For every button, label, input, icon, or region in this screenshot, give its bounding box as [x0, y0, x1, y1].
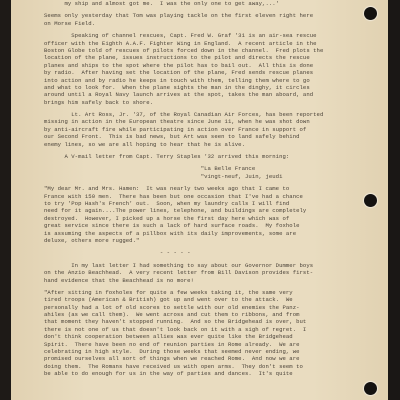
text-line: brings him safely back to shore.	[44, 99, 362, 106]
text-line: around until a Royal Navy launch arrives…	[44, 91, 362, 98]
text-line: "My dear Mr. and Mrs. Hamen: It was near…	[44, 185, 362, 192]
text-line: that moment they haven't stopped running…	[44, 318, 362, 325]
punch-hole-icon	[364, 194, 377, 207]
text-line: on Morse Field.	[44, 20, 362, 27]
text-line: location of the plane, issues instructio…	[44, 54, 362, 61]
text-line: Speaking of channel rescues, Capt. Fred …	[44, 32, 362, 39]
text-line: planes and ships to the spot where the p…	[44, 62, 362, 69]
punch-hole-icon	[364, 382, 377, 395]
text-line: celebrating in high style. During those …	[44, 348, 362, 355]
text-line: "After sitting in foxholes for quite a f…	[44, 289, 362, 296]
text-line: officer with the Eighth A.A.F. Fighter W…	[44, 40, 362, 47]
text-line: be able to do enough for us in the way o…	[44, 370, 362, 377]
text-line: and what to look for. When the plane sig…	[44, 84, 362, 91]
page-edge	[388, 0, 400, 400]
text-line: deluxe, others more rugged."	[44, 237, 362, 244]
text-line: don't think cooperation between allies w…	[44, 333, 362, 340]
text-line: Seems only yesterday that Tom was playin…	[44, 12, 362, 19]
text-line: Lt. Art Ross, Jr. '37, of the Royal Cana…	[44, 111, 362, 118]
text-line: "vingt-neuf, Juin, jeudi	[44, 173, 362, 180]
text-line: France with 150 men. There has been but …	[44, 193, 362, 200]
text-line: promised ourselves all sort of things wh…	[44, 355, 362, 362]
text-line: enemy lines, so we are all hoping to hea…	[44, 141, 362, 148]
text-line: by radio. After having set the location …	[44, 69, 362, 76]
text-line: need for it again....The power lines, te…	[44, 207, 362, 214]
text-line: - - - - -	[44, 249, 362, 256]
text-line: destroyed. However, I picked up a horse …	[44, 215, 362, 222]
text-line: great service since there is such a lack…	[44, 222, 362, 229]
text-line: is assuming the aspects of a pillbox wit…	[44, 230, 362, 237]
text-line: In my last letter I had something to say…	[44, 262, 362, 269]
typed-letter-body: my ship and almost got me. I was the onl…	[44, 0, 362, 378]
punch-hole-icon	[364, 7, 377, 20]
text-line: my ship and almost got me. I was the onl…	[44, 0, 362, 7]
text-line: doing them. The Romans have received us …	[44, 363, 362, 370]
text-line: on the Anzio Beachhead. A very recent le…	[44, 269, 362, 276]
text-line: there is not one of us that doesn't look…	[44, 326, 362, 333]
text-line: hand evidence that the Beachhead is no m…	[44, 277, 362, 284]
text-line: missing in action in the European theatr…	[44, 118, 362, 125]
text-line: ahiles (as we call them). We went across…	[44, 311, 362, 318]
text-line: Boston Globe told of rescues of pilots f…	[44, 47, 362, 54]
text-line: into action and by radio he keeps in tou…	[44, 77, 362, 84]
text-line: personally had a lot of old scores to se…	[44, 304, 362, 311]
text-line: to try 'Pop Hash's French' out. Soon, wh…	[44, 200, 362, 207]
text-line: Spirit. There have been no end of reunio…	[44, 341, 362, 348]
text-line: by anti-aircraft fire while participatin…	[44, 126, 362, 133]
text-line: A V-mail letter from Capt. Terry Staples…	[44, 153, 362, 160]
text-line: "La Belle France	[44, 165, 362, 172]
text-line: our Second Front. This is bad news, but …	[44, 133, 362, 140]
text-line: tired troops (American & British) got up…	[44, 296, 362, 303]
